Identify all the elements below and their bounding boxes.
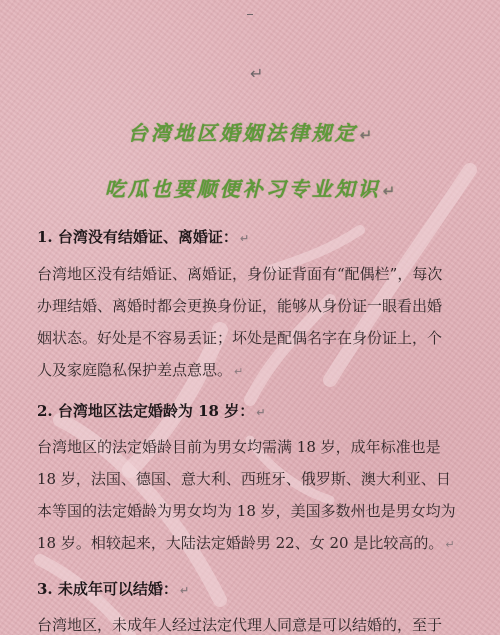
document-title: 台湾地区婚姻法律规定↵ xyxy=(0,117,500,146)
body-line: 姻状态。好处是不容易丢证；坏处是配偶名字在身份证上，个 xyxy=(37,322,467,354)
paragraph-return-icon: ↵ xyxy=(234,365,243,378)
heading-text: 1. 台湾没有结婚证、离婚证： xyxy=(37,228,238,246)
heading-text: 2. 台湾地区法定婚龄为 18 岁： xyxy=(37,402,254,420)
body-line-text: 18 岁。相较起来，大陆法定婚龄男 22、女 20 是比较高的。 xyxy=(37,534,443,552)
section-heading-2: 2. 台湾地区法定婚龄为 18 岁：↵ xyxy=(37,400,265,421)
body-line: 台湾地区的法定婚龄目前为男女均需满 18 岁，成年标准也是 xyxy=(37,431,467,463)
paragraph-return-icon: ↵ xyxy=(360,126,373,144)
page-top-mark xyxy=(247,14,253,15)
document-page: ↵ 台湾地区婚姻法律规定↵ 吃瓜也要顺便补习专业知识↵ 1. 台湾没有结婚证、离… xyxy=(0,0,500,635)
section-body-2: 台湾地区的法定婚龄目前为男女均需满 18 岁，成年标准也是 18 岁，法国、德国… xyxy=(37,431,467,561)
body-line: 本等国的法定婚龄为男女均为 18 岁，美国多数州也是男女均为 xyxy=(37,495,467,527)
heading-text: 3. 未成年可以结婚： xyxy=(37,580,178,598)
body-line: 台湾地区，未成年人经过法定代理人同意是可以结婚的，至于 xyxy=(37,609,467,635)
paragraph-return-icon: ↵ xyxy=(180,584,189,597)
subtitle-text: 吃瓜也要顺便补习专业知识 xyxy=(105,177,381,201)
body-line-text: 人及家庭隐私保护差点意思。 xyxy=(37,361,232,379)
title-text: 台湾地区婚姻法律规定 xyxy=(128,121,358,145)
section-body-1: 台湾地区没有结婚证、离婚证，身份证背面有“配偶栏”，每次 办理结婚、离婚时都会更… xyxy=(37,258,467,388)
paragraph-return-icon: ↵ xyxy=(256,406,265,419)
body-line-last: 18 岁。相较起来，大陆法定婚龄男 22、女 20 是比较高的。↵ xyxy=(37,527,467,561)
paragraph-return-icon: ↵ xyxy=(250,64,263,83)
body-line: 台湾地区没有结婚证、离婚证，身份证背面有“配偶栏”，每次 xyxy=(37,258,467,290)
paragraph-return-icon: ↵ xyxy=(240,232,249,245)
body-line: 办理结婚、离婚时都会更换身份证，能够从身份证一眼看出婚 xyxy=(37,290,467,322)
section-heading-3: 3. 未成年可以结婚：↵ xyxy=(37,578,189,599)
paragraph-return-icon: ↵ xyxy=(383,182,396,200)
document-subtitle: 吃瓜也要顺便补习专业知识↵ xyxy=(0,173,500,202)
paragraph-return-icon: ↵ xyxy=(445,538,454,551)
body-line: 18 岁，法国、德国、意大利、西班牙、俄罗斯、澳大利亚、日 xyxy=(37,463,467,495)
section-body-3: 台湾地区，未成年人经过法定代理人同意是可以结婚的，至于 xyxy=(37,609,467,635)
body-line-last: 人及家庭隐私保护差点意思。↵ xyxy=(37,354,467,388)
section-heading-1: 1. 台湾没有结婚证、离婚证：↵ xyxy=(37,226,249,247)
